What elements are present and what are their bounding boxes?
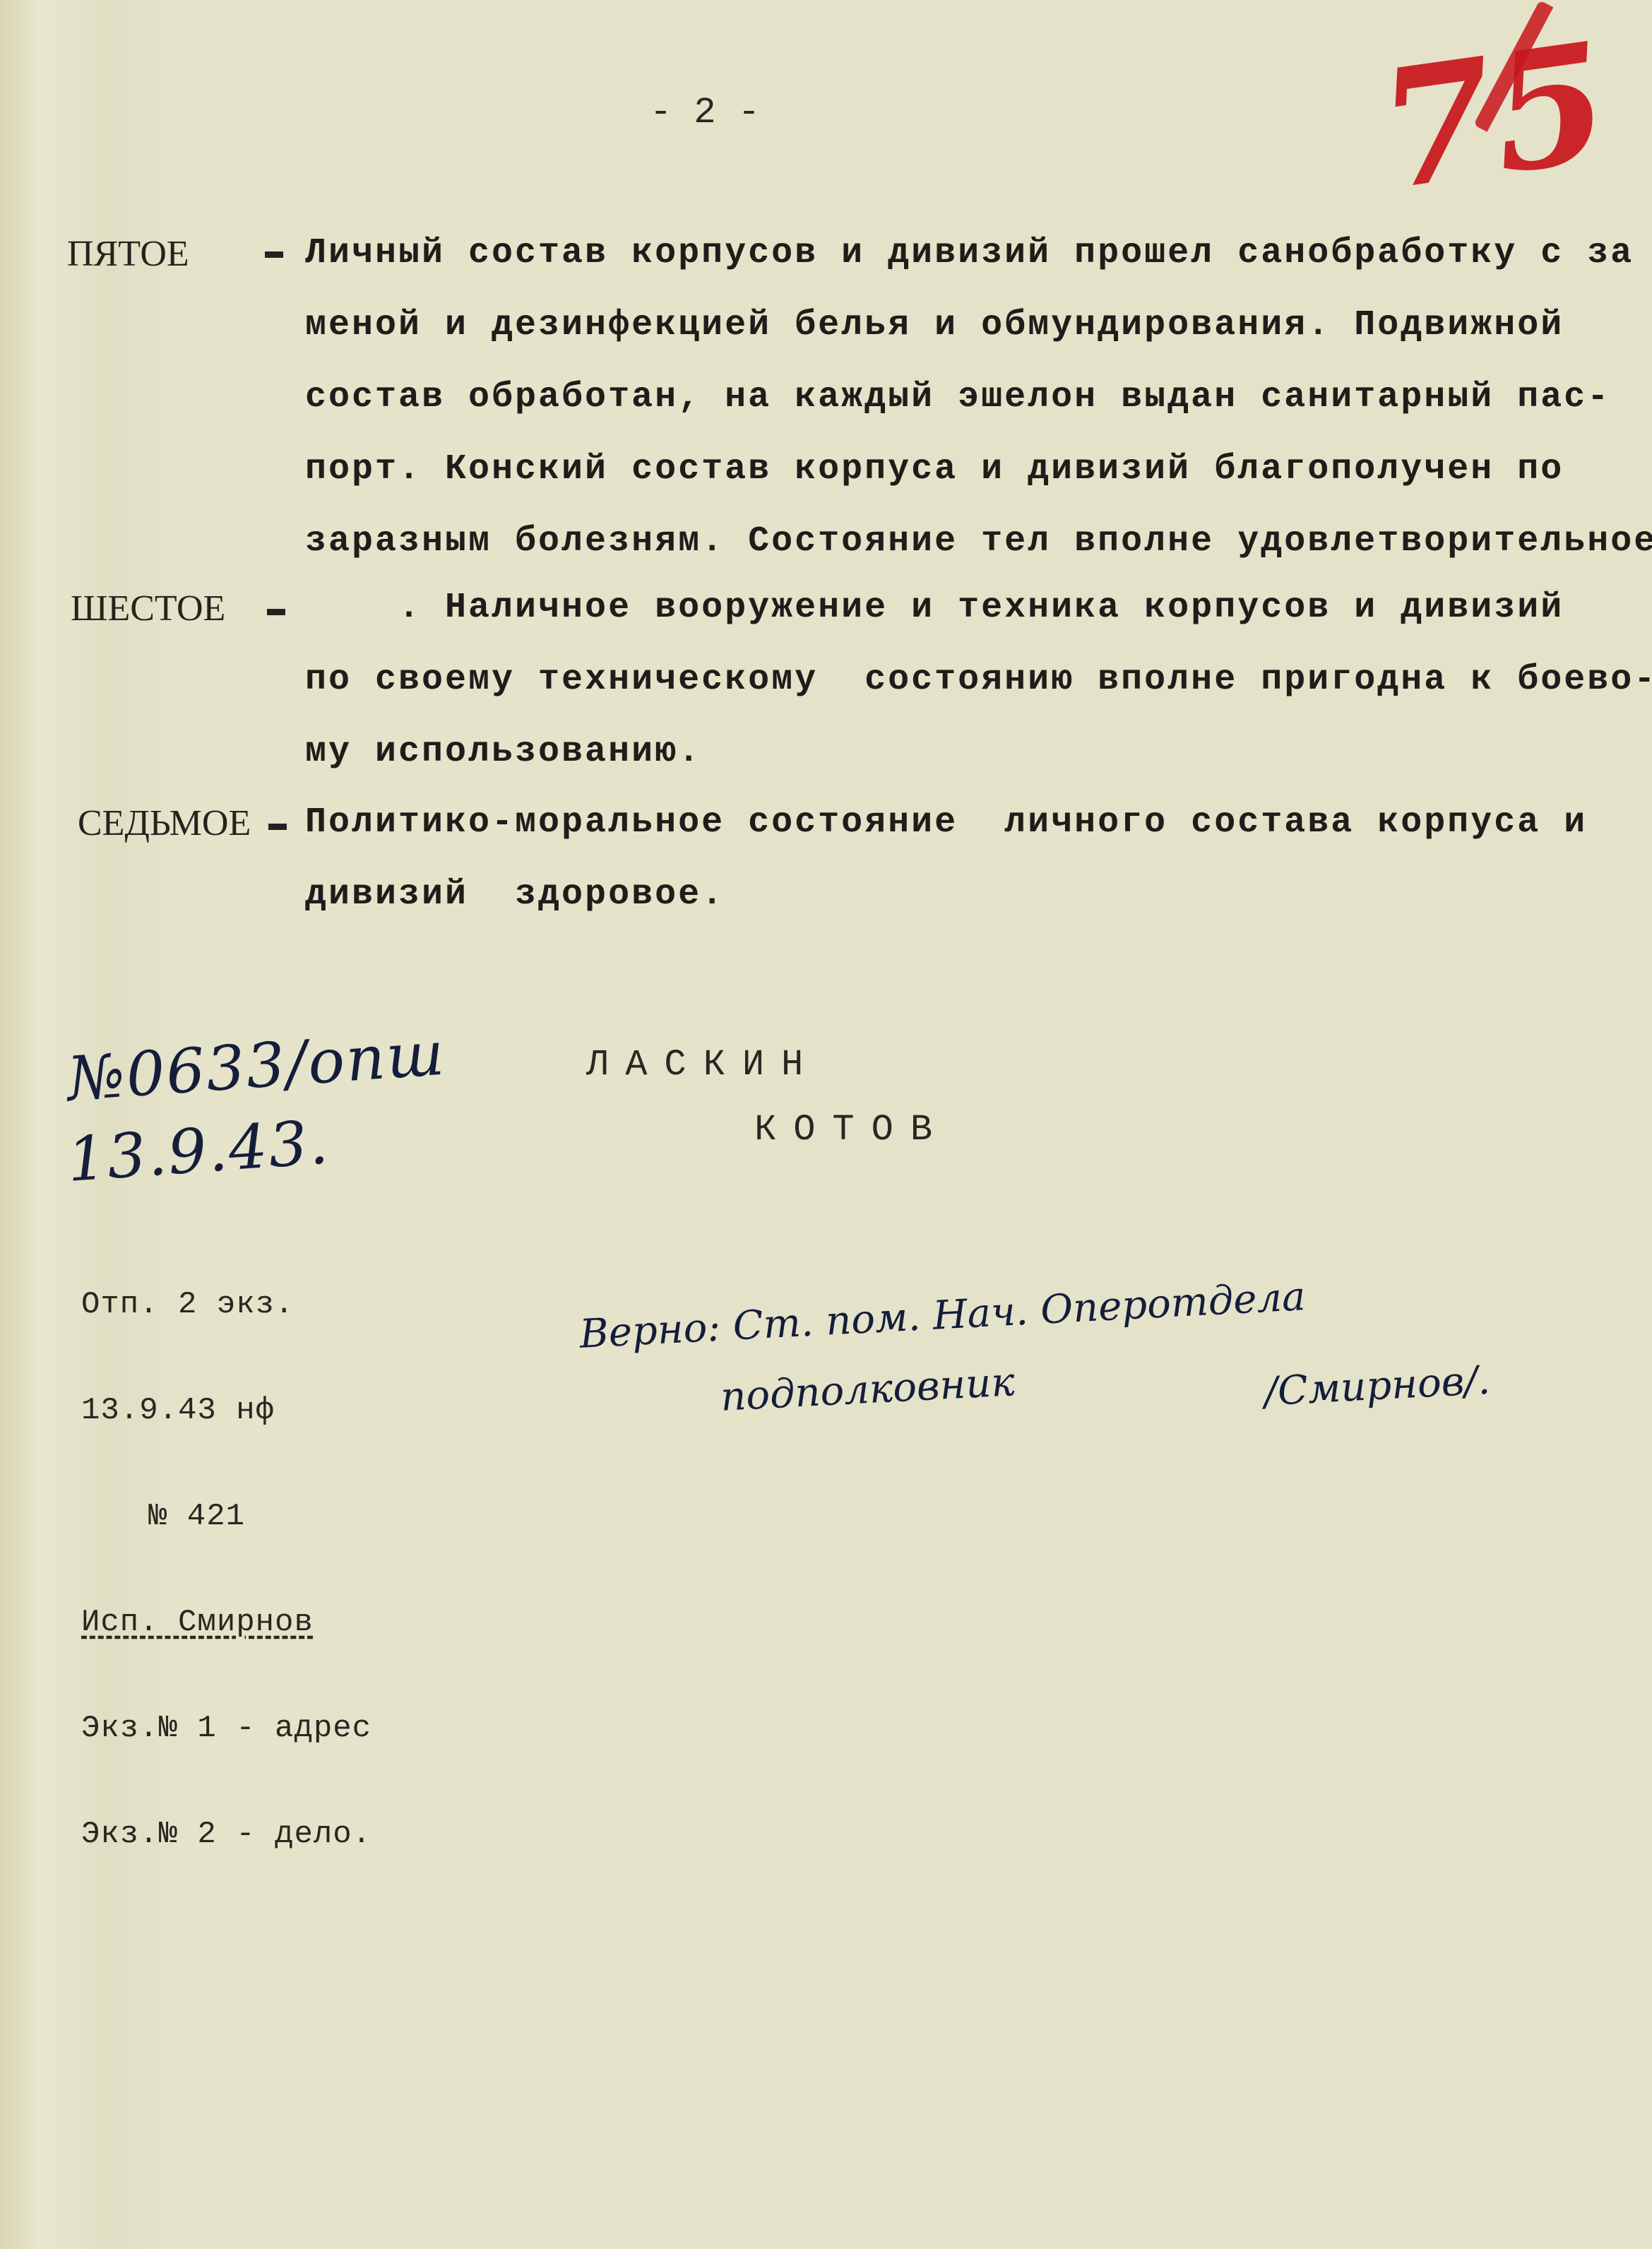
- section-label: СЕДЬМОЕ: [78, 802, 251, 844]
- certification-title: Верно: Ст. пом. Нач. Оперотдела: [578, 1274, 1307, 1358]
- dispatch-copy-2: Экз.№ 2 - дело.: [81, 1817, 372, 1852]
- dispatch-number: № 421: [81, 1499, 372, 1534]
- certification-signature: /Смирнов/.: [1264, 1358, 1492, 1416]
- section-dash: [267, 606, 285, 619]
- dispatch-note: Отп. 2 экз. 13.9.43 нф № 421 Исп. Смирно…: [81, 1216, 372, 1887]
- signatory-laskin: ЛАСКИН: [586, 1044, 820, 1086]
- page-number: - 2 -: [650, 92, 760, 133]
- section-dash: [265, 249, 283, 261]
- dispatch-copies: Отп. 2 экз.: [81, 1287, 372, 1322]
- section-dash: [268, 821, 287, 833]
- section-line: Политико-моральное состояние личного сос…: [305, 802, 1587, 843]
- section-line: меной и дезинфекцией белья и обмундирова…: [305, 305, 1564, 345]
- handwritten-reference-number: №0633/опш: [65, 1018, 448, 1115]
- section-label: ШЕСТОЕ: [71, 588, 225, 629]
- section-line: состав обработан, на каждый эшелон выдан…: [305, 377, 1610, 417]
- dispatch-executor: Исп. Смирнов: [81, 1605, 372, 1640]
- handwritten-date: 13.9.43.: [65, 1107, 332, 1196]
- section-line: заразным болезням. Состояние тел вполне …: [305, 521, 1652, 562]
- certification-rank: подполковник: [720, 1359, 1016, 1420]
- section-label: ПЯТОЕ: [67, 233, 189, 275]
- section-line: порт. Конский состав корпуса и дивизий б…: [305, 449, 1564, 489]
- section-line: . Наличное вооружение и техника корпусов…: [305, 588, 1564, 628]
- section-line: му использованию.: [305, 732, 701, 772]
- dispatch-copy-1: Экз.№ 1 - адрес: [81, 1711, 372, 1746]
- signatory-kotov: КОТОВ: [754, 1109, 949, 1151]
- section-line: Личный состав корпусов и дивизий прошел …: [305, 233, 1634, 273]
- section-line: дивизий здоровое.: [305, 874, 725, 915]
- dispatch-date: 13.9.43 нф: [81, 1393, 372, 1428]
- section-line: по своему техническому состоянию вполне …: [305, 660, 1652, 700]
